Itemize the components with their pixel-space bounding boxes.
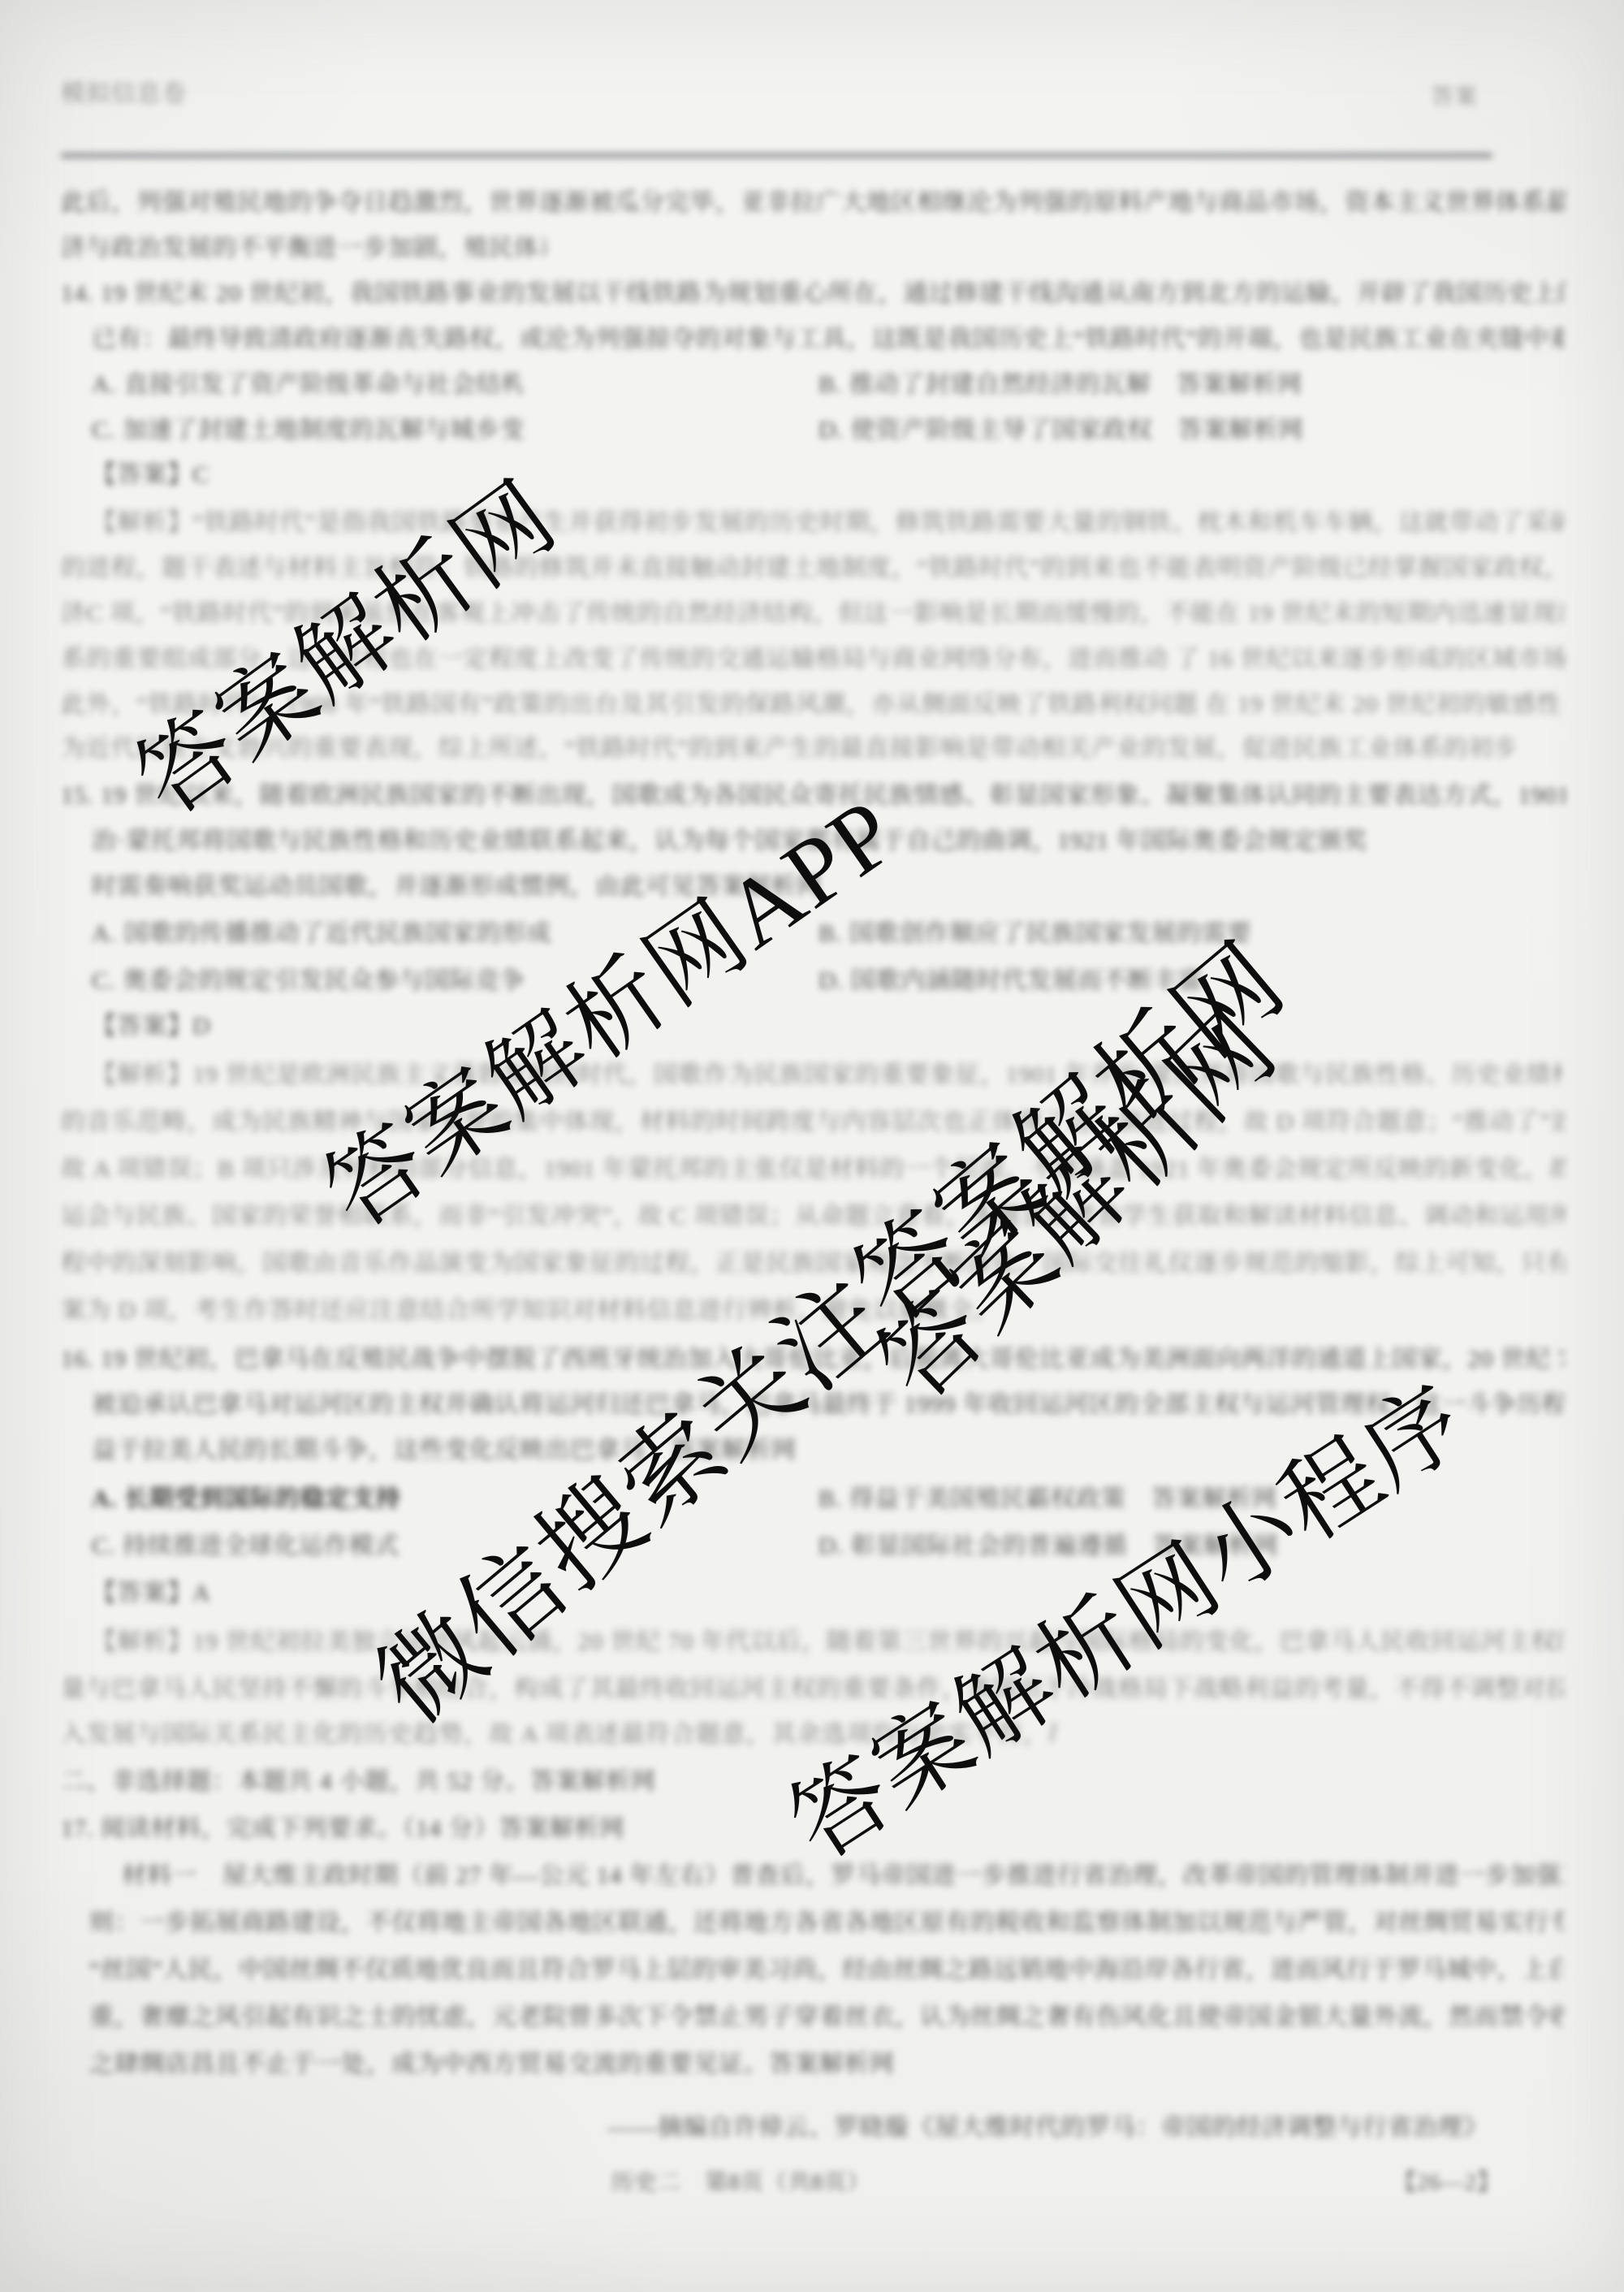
header-right-label: 答案	[1431, 81, 1520, 114]
text-line: D. 使资产阶级主导了国家政权 答案解析网	[818, 414, 1391, 447]
text-line: 已有：最终导致清政府逐渐丧失路权，或沦为列强掠夺的对象与工具，这既是我国历史上“…	[92, 323, 1563, 356]
text-line: C. 加速了封建土地制度的瓦解与城乡变迁	[92, 414, 522, 447]
text-line: 的音乐范畴，成为民族精神与国家荣誉的集中体现，材料的时间跨度与内容层次也正体现了…	[61, 1106, 1565, 1139]
header-rule	[61, 153, 1492, 158]
header-left-title: 模拟信息卷	[61, 78, 288, 110]
text-line: 之肆绸店昌且不止于一处，成为中西方贸易交流的重要见证。答案解析网	[89, 2048, 1056, 2081]
text-line: A. 国歌的传播推动了近代民族国家的形成	[92, 918, 603, 950]
text-line: 【答案】A	[92, 1577, 250, 1610]
text-line: 济与政治发展的不平衡进一步加剧，殖民体系内部的裂痕日益显现。	[61, 232, 546, 265]
text-line: 【解析】19 世纪初拉美独立运动风起云涌，20 世纪 70 年代以后，随着第三世…	[92, 1626, 1563, 1658]
text-line: 二、非选择题：本题共 4 小题，共 52 分。答案解析网	[61, 1766, 865, 1798]
text-line: 【解析】“铁路时代”是指我国铁路事业产生并获得初步发展的历史时期，修筑铁路需要大…	[92, 507, 1563, 539]
text-line: B. 国歌创作顺应了民族国家发展的需要	[818, 918, 1387, 950]
text-line: 【答案】C	[92, 459, 246, 491]
text-line: A. 直接引发了资产阶级革命与社会结构变动	[92, 369, 522, 401]
text-line: 量与巴拿马人民坚持不懈的斗争相结合，构成了其最终收回运河主权的重要条件，美国出于…	[61, 1673, 1565, 1706]
text-line: 则：一步拓展商路建设，不仅将地主帝国各地区联通，还将地方各省各地区原有的税收和监…	[89, 1907, 1563, 1940]
footer-page-label: 历史二 第8页（共8页）	[611, 2167, 960, 2199]
footer-code-label: 【26—2】	[1393, 2167, 1499, 2199]
text-line: A. 长期受到国际的稳定支持	[92, 1483, 522, 1516]
text-line: 【解析】19 世纪是欧洲民族主义蓬勃发展的时代，国歌作为民族国家的重要象征，19…	[92, 1059, 1563, 1092]
text-line: 故 A 项错误；B 项只涉及材料的部分信息，1901 年蒙托邦的主张仅是材料的一…	[61, 1153, 1565, 1186]
exam-page: 模拟信息卷 答案 此后，列强对殖民地的争夺日趋激烈，世界逐渐被瓜分完毕，亚非拉广…	[0, 0, 1624, 2292]
text-line: 【答案】D	[92, 1010, 246, 1043]
scanned-document-layer: 模拟信息卷 答案 此后，列强对殖民地的争夺日趋激烈，世界逐渐被瓜分完毕，亚非拉广…	[0, 0, 1624, 2292]
text-line: “丝国”人民，中国丝绸不仅质地优良而且符合罗马上层的审美习尚，经由丝绸之路远销地…	[89, 1954, 1563, 1987]
text-line: B. 推动了封建自然经济的瓦解 答案解析网	[818, 369, 1397, 401]
text-line: 重，奢靡之风引起有识之士的忧虑，元老院曾多次下令禁止男子穿着丝衣，认为丝绸之奢有…	[89, 2001, 1563, 2034]
text-line: 此后，列强对殖民地的争夺日趋激烈，世界逐渐被瓜分完毕，亚非拉广大地区相继沦为列强…	[61, 187, 1565, 219]
text-line: ——摘编自许倬云、罗晓璇《屋大维时代的罗马：帝国的经济调整与行省治理》	[607, 2112, 1535, 2144]
text-line: 的进程，题干表述与材料主旨相符；铁路的修筑并未直接触动封建土地制度，“铁路时代”…	[61, 552, 1565, 585]
text-line: 运会与民族、国家的荣誉相联系，而非“引发冲突”，故 C 项错误；从命题立意看，本…	[61, 1200, 1565, 1233]
text-line: 17. 阅读材料，完成下列要求。（14 分）答案解析网	[61, 1813, 844, 1845]
text-line: 案为 D 项，考生作答时还应注意结合所学知识对材料信息进行辨析，避免以偏概全。	[61, 1295, 1263, 1327]
text-line: 14. 19 世纪末 20 世纪初，我国铁路事业的发展以干线铁路为规划重心所在，…	[61, 278, 1565, 310]
